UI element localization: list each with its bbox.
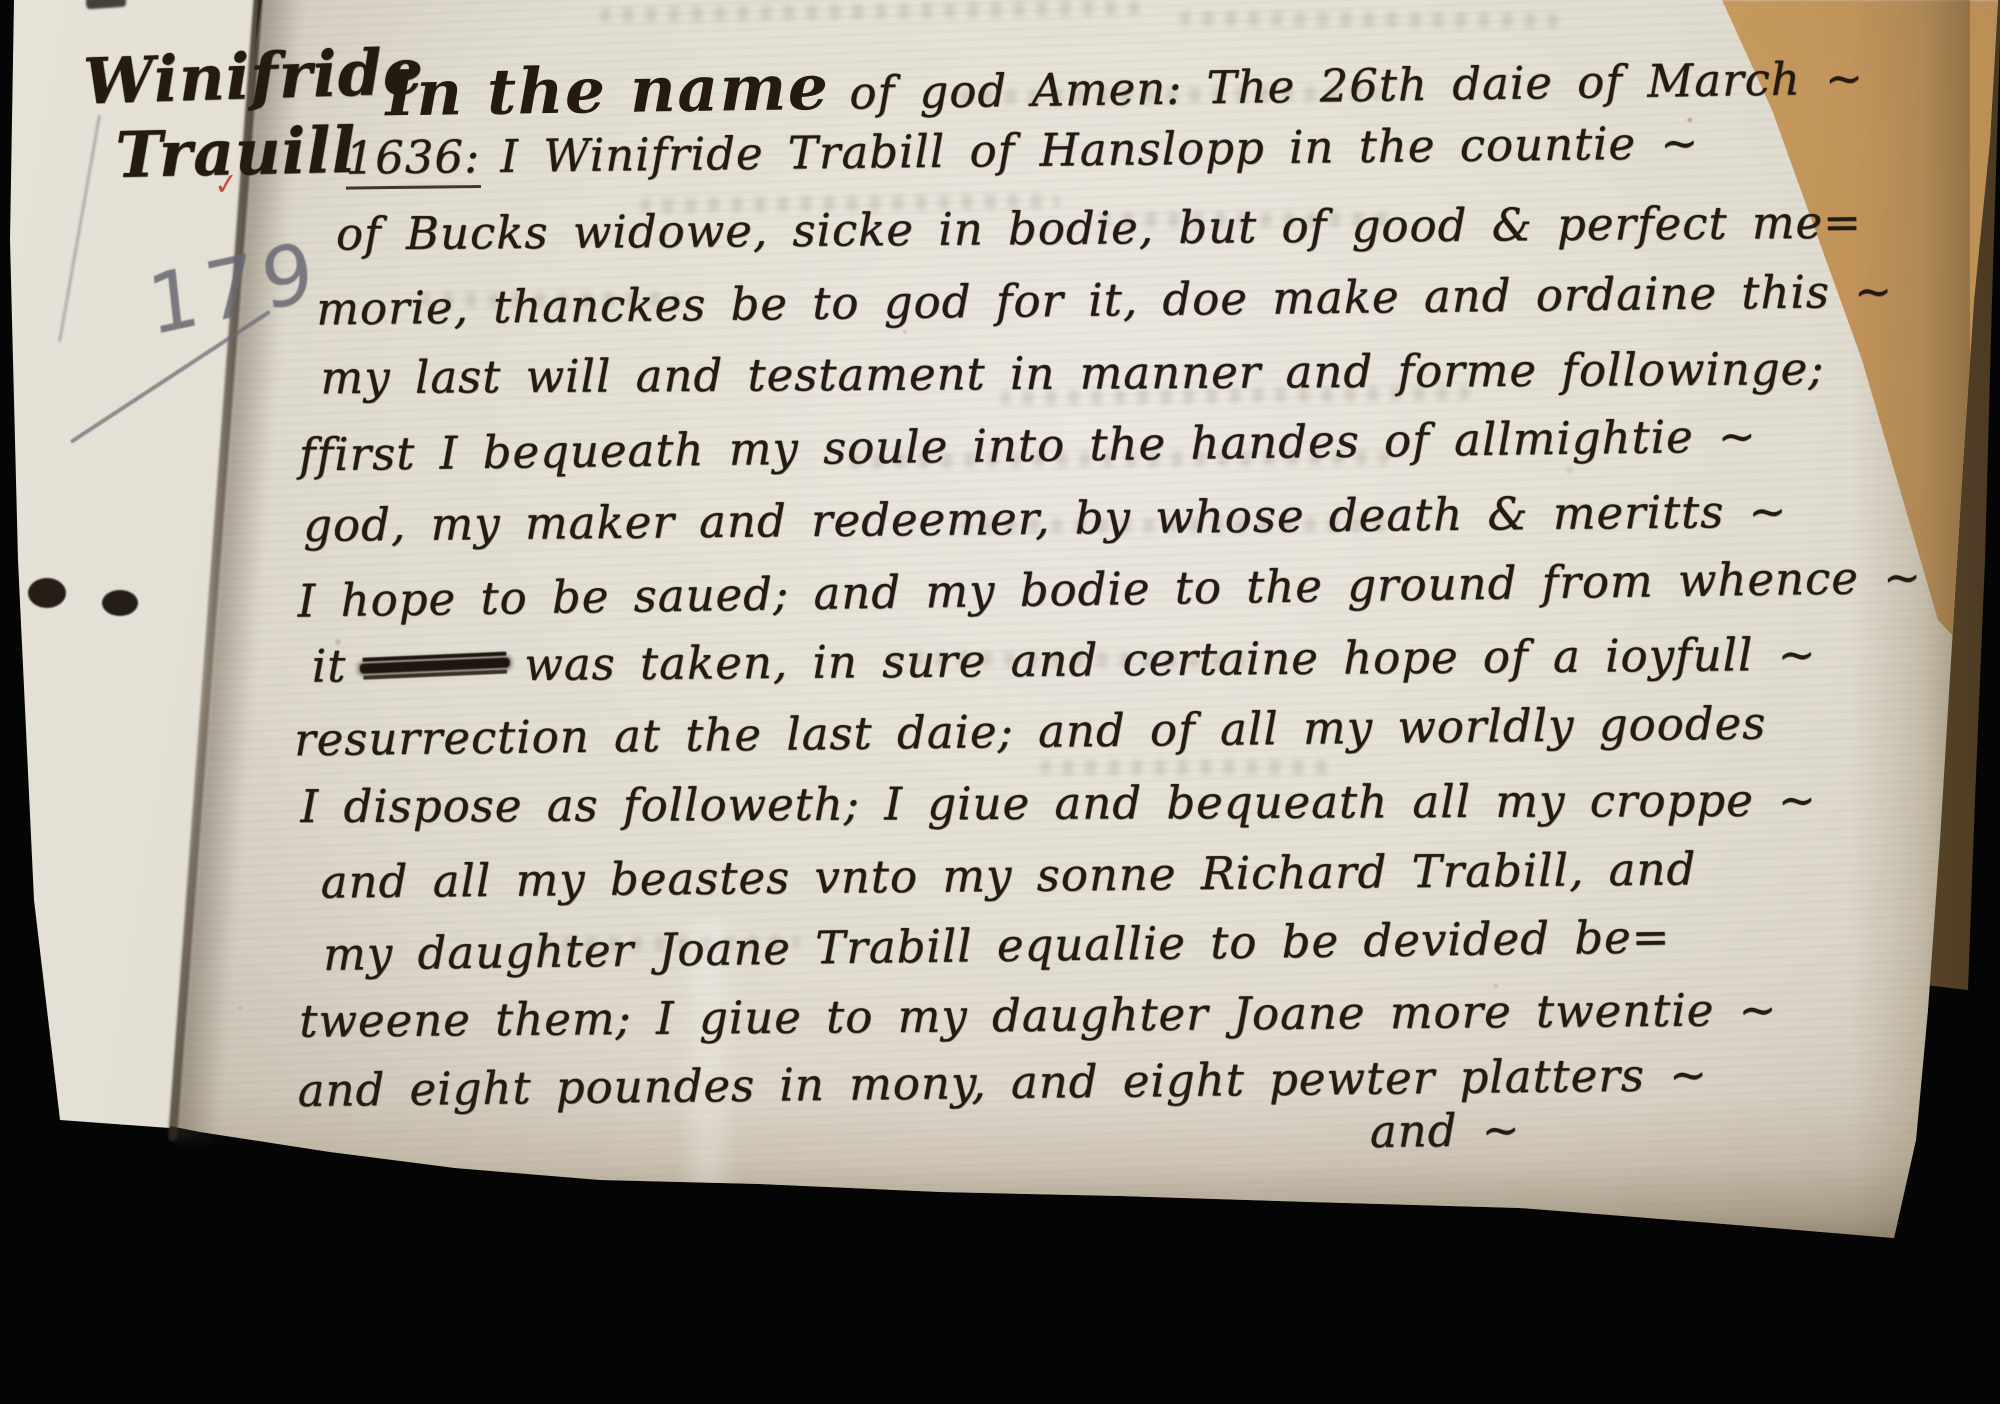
- manuscript-line: morie, thanckes be to god for it, doe ma…: [316, 265, 1893, 336]
- line-text: it: [312, 639, 347, 692]
- manuscript-line: of Bucks widowe, sicke in bodie, but of …: [336, 196, 1862, 261]
- red-check-mark: ✓: [212, 166, 241, 204]
- line-text: I hope to be saued; and my bodie to the …: [297, 550, 1922, 627]
- line-text: I Winifride Trabill of Hanslopp in the c…: [500, 116, 1699, 183]
- catchword: and ~: [1370, 1103, 1521, 1158]
- manuscript-photo: Winifride Trauill In the name of god Ame…: [0, 0, 2000, 1404]
- line-text: of god Amen: The 26th daie of March ~: [849, 51, 1864, 119]
- text-layer: Winifride Trauill In the name of god Ame…: [0, 0, 2000, 1404]
- line-text: of Bucks widowe, sicke in bodie, but of …: [336, 196, 1862, 261]
- manuscript-line: resurrection at the last daie; and of al…: [294, 697, 1767, 767]
- line-text: my daughter Joane Trabill equallie to be…: [323, 910, 1671, 981]
- year-underlined: 1636:: [345, 130, 480, 190]
- manuscript-line: my daughter Joane Trabill equallie to be…: [323, 910, 1671, 981]
- opening-phrase: In the name: [385, 50, 830, 131]
- inked-out-word: [360, 657, 510, 673]
- margin-testator-forename: Winifride: [82, 34, 425, 118]
- manuscript-line: god, my maker and redeemer, by whose dea…: [303, 485, 1788, 552]
- line-text: ffirst I bequeath my soule into the hand…: [299, 409, 1757, 481]
- manuscript-line-with-deletion: itwas taken, in sure and certaine hope o…: [312, 628, 1817, 693]
- manuscript-line: my last will and testament in manner and…: [320, 342, 1824, 404]
- line-text: was taken, in sure and certaine hope of …: [524, 628, 1817, 691]
- line-text: tweene them; I giue to my daughter Joane…: [299, 983, 1777, 1048]
- manuscript-line: ffirst I bequeath my soule into the hand…: [299, 409, 1757, 481]
- manuscript-line: I dispose as followeth; I giue and beque…: [300, 773, 1817, 833]
- line-text: god, my maker and redeemer, by whose dea…: [303, 485, 1788, 552]
- manuscript-line: tweene them; I giue to my daughter Joane…: [299, 983, 1777, 1048]
- line-text: and all my beastes vnto my sonne Richard…: [321, 842, 1697, 908]
- line-text: my last will and testament in manner and…: [320, 342, 1824, 404]
- line-text: I dispose as followeth; I giue and beque…: [300, 773, 1817, 833]
- line-text: morie, thanckes be to god for it, doe ma…: [316, 265, 1893, 336]
- manuscript-line: I hope to be saued; and my bodie to the …: [297, 550, 1922, 627]
- photograph-background: { "document": { "kind": "Handwritten wil…: [0, 0, 2000, 1404]
- line-text: resurrection at the last daie; and of al…: [294, 697, 1767, 767]
- manuscript-line: and all my beastes vnto my sonne Richard…: [321, 842, 1697, 908]
